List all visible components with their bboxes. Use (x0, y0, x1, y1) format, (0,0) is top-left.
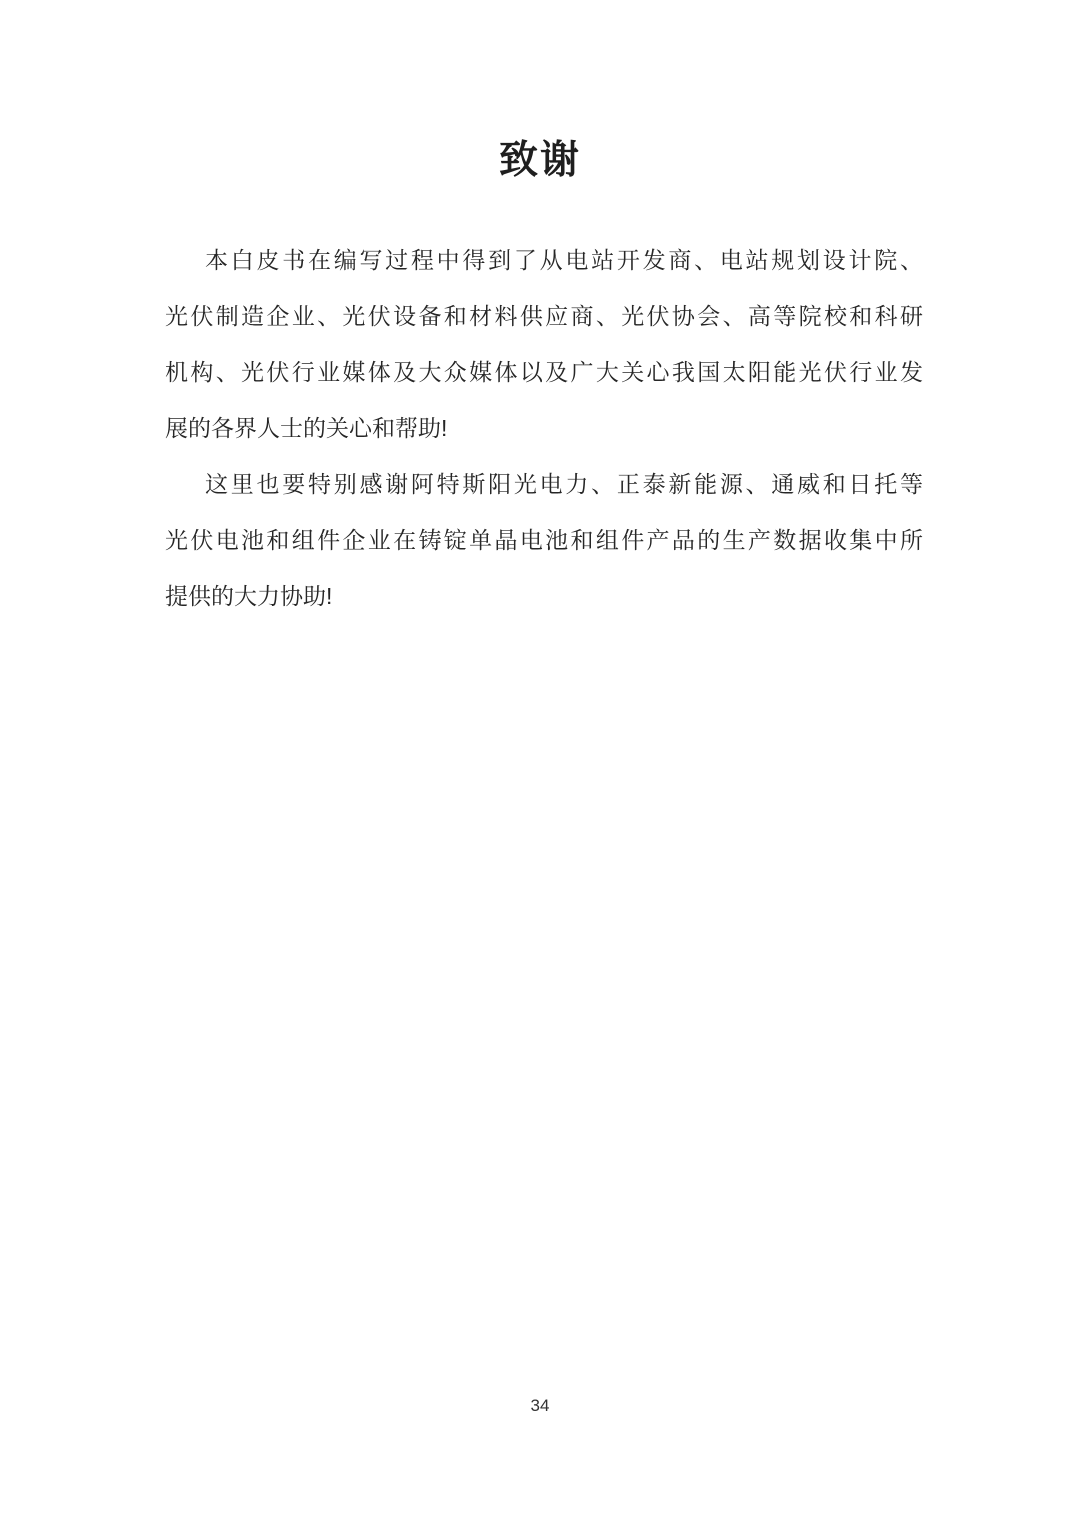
paragraph-1-line-1: 本白皮书在编写过程中得到了从电站开发商、电站规划设计院、 (165, 232, 923, 288)
page-number: 34 (0, 1393, 1080, 1419)
paragraph-1-line-3: 机构、光伏行业媒体及大众媒体以及广大关心我国太阳能光伏行业发 (165, 344, 923, 400)
page-title: 致谢 (0, 136, 1080, 186)
document-page: 致谢 本白皮书在编写过程中得到了从电站开发商、电站规划设计院、 光伏制造企业、光… (0, 0, 1080, 1527)
paragraph-2-line-3: 提供的大力协助! (165, 568, 923, 624)
body-text: 本白皮书在编写过程中得到了从电站开发商、电站规划设计院、 光伏制造企业、光伏设备… (165, 232, 923, 624)
paragraph-2-line-2: 光伏电池和组件企业在铸锭单晶电池和组件产品的生产数据收集中所 (165, 512, 923, 568)
paragraph-1-line-4: 展的各界人士的关心和帮助! (165, 400, 923, 456)
paragraph-2-line-1: 这里也要特别感谢阿特斯阳光电力、正泰新能源、通威和日托等 (165, 456, 923, 512)
paragraph-1-line-2: 光伏制造企业、光伏设备和材料供应商、光伏协会、高等院校和科研 (165, 288, 923, 344)
